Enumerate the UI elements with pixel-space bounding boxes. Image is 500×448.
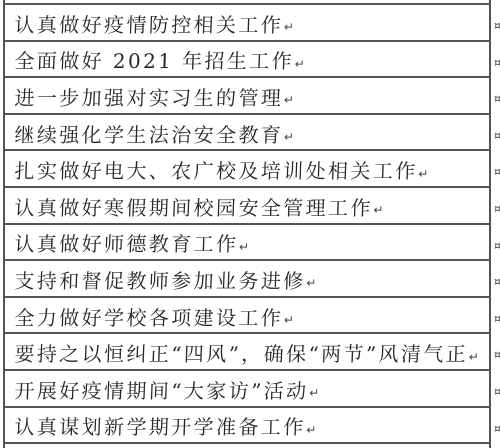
- table-row[interactable]: 要持之以恒纠正“四风”，确保“两节”风清气正 ↵: [5, 332, 489, 369]
- end-of-row-mark-icon: ¤: [494, 276, 500, 287]
- row-text: 认真做好寒假期间校园安全管理工作: [14, 192, 373, 221]
- table-row[interactable]: 认真做好疫情防控相关工作 ↵: [5, 3, 489, 40]
- table-row[interactable]: 扎实做好电大、农广校及培训处相关工作 ↵: [5, 149, 489, 186]
- paragraph-mark-icon: ↵: [284, 93, 294, 107]
- table-row[interactable]: 认真谋划新学期开学准备工作 ↵: [5, 406, 489, 443]
- table-row[interactable]: 开展好疫情期间“大家访”活动 ↵: [5, 369, 489, 406]
- paragraph-mark-icon: ↵: [284, 20, 294, 34]
- row-text: 继续强化学生法治安全教育: [14, 119, 284, 148]
- paragraph-mark-icon: ↵: [373, 203, 383, 217]
- table-row[interactable]: 认真做好师德教育工作 ↵: [5, 223, 489, 260]
- paragraph-mark-icon: ↵: [284, 130, 294, 144]
- end-of-row-mark-icon: ¤: [494, 93, 500, 104]
- paragraph-mark-icon: ↵: [306, 276, 316, 290]
- row-text: 认真做好疫情防控相关工作: [14, 9, 284, 38]
- end-of-row-mark-icon: ¤: [494, 203, 500, 214]
- table-row[interactable]: 认真做好寒假期间校园安全管理工作 ↵: [5, 186, 489, 223]
- end-of-row-mark-icon: ¤: [494, 423, 500, 434]
- paragraph-mark-icon: ↵: [469, 350, 479, 364]
- end-of-row-mark-icon: ¤: [494, 349, 500, 360]
- row-text: 扎实做好电大、农广校及培训处相关工作: [14, 155, 418, 184]
- end-of-row-mark-icon: ¤: [494, 20, 500, 31]
- end-of-row-mark-icon: ¤: [494, 386, 500, 397]
- paragraph-mark-icon: ↵: [284, 313, 294, 327]
- table-row[interactable]: 全力做好学校各项建设工作 ↵: [5, 296, 489, 333]
- row-text: 全力做好学校各项建设工作: [14, 302, 284, 331]
- table-row[interactable]: 支持和督促教师参加业务进修 ↵: [5, 259, 489, 296]
- row-text: 要持之以恒纠正“四风”，确保“两节”风清气正: [14, 338, 469, 367]
- row-text: 开展好疫情期间“大家访”活动: [14, 375, 309, 404]
- end-of-row-mark-icon: ¤: [494, 130, 500, 141]
- row-text: 认真谋划新学期开学准备工作: [14, 411, 306, 440]
- table-row[interactable]: 全面做好 2021 年招生工作 ↵: [5, 40, 489, 77]
- row-text: 支持和督促教师参加业务进修: [14, 265, 306, 294]
- work-items-table: 认真做好疫情防控相关工作 ↵ 全面做好 2021 年招生工作 ↵ 进一步加强对实…: [3, 0, 491, 448]
- paragraph-mark-icon: ↵: [309, 386, 319, 400]
- paragraph-mark-icon: ↵: [306, 423, 316, 437]
- end-of-row-mark-icon: ¤: [494, 57, 500, 68]
- row-text: 全面做好 2021 年招生工作: [14, 45, 295, 74]
- paragraph-mark-icon: ↵: [418, 167, 428, 181]
- table-row[interactable]: 进一步加强对实习生的管理 ↵: [5, 76, 489, 113]
- row-text: 进一步加强对实习生的管理: [14, 82, 284, 111]
- paragraph-mark-icon: ↵: [239, 240, 249, 254]
- table-rows: 认真做好疫情防控相关工作 ↵ 全面做好 2021 年招生工作 ↵ 进一步加强对实…: [5, 3, 489, 444]
- end-of-row-mark-icon: ¤: [494, 240, 500, 251]
- paragraph-mark-icon: ↵: [295, 57, 305, 71]
- end-of-row-mark-icon: ¤: [494, 313, 500, 324]
- document-page: 认真做好疫情防控相关工作 ↵ 全面做好 2021 年招生工作 ↵ 进一步加强对实…: [0, 0, 500, 448]
- table-row[interactable]: 继续强化学生法治安全教育 ↵: [5, 113, 489, 150]
- row-text: 认真做好师德教育工作: [14, 228, 239, 257]
- end-of-row-mark-icon: ¤: [494, 166, 500, 177]
